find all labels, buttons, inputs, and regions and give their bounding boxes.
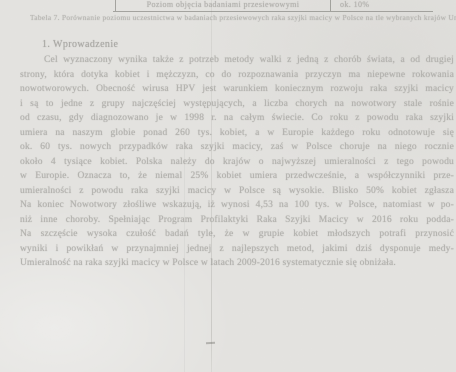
section-heading: 1. Wprowadzenie [42, 39, 118, 51]
paragraph-line: wyniki i powikłań w przynajmniej jednej … [20, 242, 454, 257]
scanned-paper-page: Poziom objęcia badaniami przesiewowymi o… [0, 0, 456, 372]
paragraph-line: Na szczęście wysoka czułość badań tyle, … [20, 227, 454, 242]
paragraph-line: strony, która dotyka kobiet i mężczyzn, … [20, 68, 454, 83]
paragraph-line: około 4 tysiące kobiet. Polska należy do… [20, 155, 454, 170]
paragraph-line: nowotworowych. Obecność wirusa HPV jest … [20, 82, 454, 97]
paragraph-line: Umieralność na raka szyjki macicy w Pols… [20, 256, 454, 271]
paragraph-line: Cel wyznaczony wynika także z potrzeb me… [20, 53, 454, 68]
fold-tick-mark [206, 342, 215, 344]
paragraph-line: i są to jedne z grupy najczęściej występ… [20, 97, 454, 112]
paragraph-line: Na koniec Nowotwory złośliwe wskazują, i… [20, 198, 454, 213]
paragraph-line: ok. 60 tys. nowych przypadków raka szyjk… [20, 140, 454, 155]
paragraph-line: umieralności z powodu raka szyjki macicy… [20, 184, 454, 199]
secondary-fold-line [184, 140, 185, 372]
paragraph-line: od czasu, gdy diagnozowano je w 1998 r. … [20, 111, 454, 126]
body-paragraph: Cel wyznaczony wynika także z potrzeb me… [20, 53, 454, 271]
table-left-border [115, 0, 116, 11]
paragraph-line: umiera na naszym globie ponad 260 tys. k… [20, 126, 454, 141]
table-cell-label: Poziom objęcia badaniami przesiewowymi [120, 0, 326, 11]
paragraph-line: niż inne choroby. Spełniając Program Pro… [20, 213, 454, 228]
table-column-divider [330, 0, 331, 11]
page-fold-line [211, 0, 212, 372]
table-caption: Tabela 7. Porównanie poziomu uczestnictw… [30, 13, 456, 22]
paragraph-line: w Europie. Oznacza to, że niemal 25% kob… [20, 169, 454, 184]
table-cell-value: ok. 10% [340, 0, 430, 11]
table-bottom-border [113, 11, 433, 12]
